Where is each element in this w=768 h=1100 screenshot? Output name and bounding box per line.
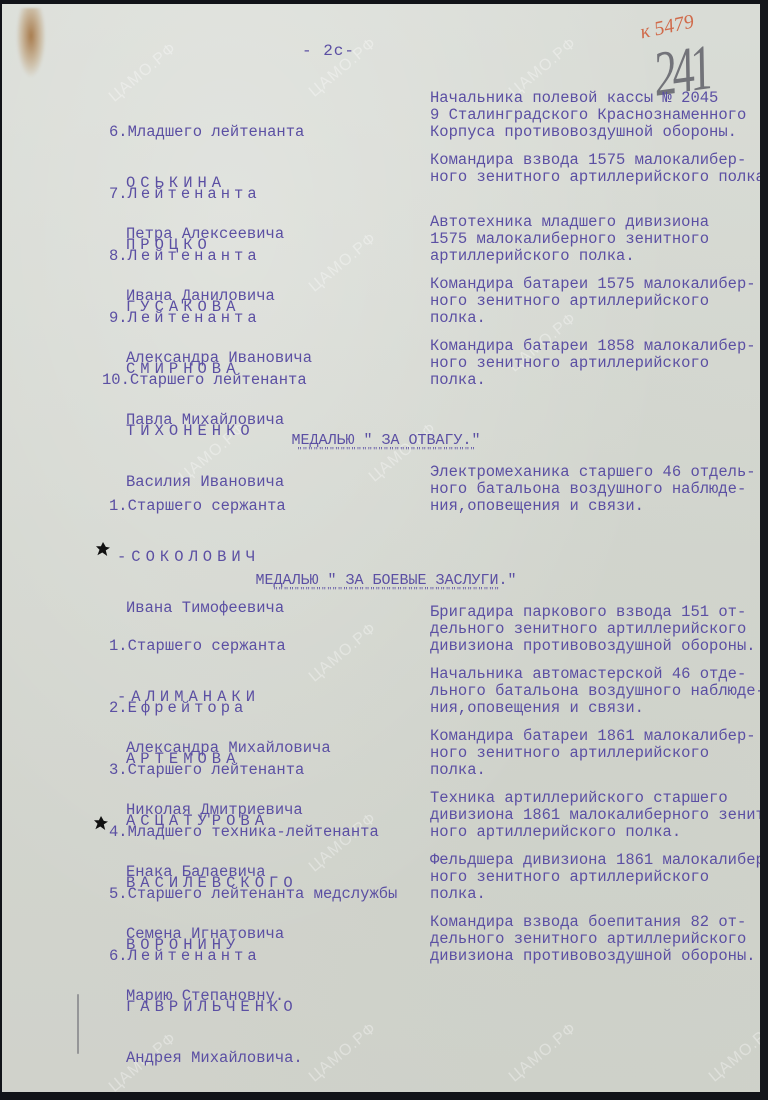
rust-stain xyxy=(16,8,46,78)
entry-rank: Лейтенанта xyxy=(128,247,261,265)
entry-surname: -СОКОЛОВИЧ xyxy=(109,549,286,566)
entry-number: 3. xyxy=(109,761,128,779)
entry-rank: Лейтенанта xyxy=(128,309,261,327)
entry-position: Электромеханика старшего 46 отдель- ного… xyxy=(430,464,760,515)
scan-edge xyxy=(760,0,768,1100)
entry-position: Командира взвода 1575 малокалибер- ного … xyxy=(430,152,760,186)
entry-position: Начальника полевой кассы № 2045 9 Сталин… xyxy=(430,90,760,141)
entry-position: Командира взвода боепитания 82 от- дельн… xyxy=(430,914,760,965)
entry-rank: Младшего техника-лейтенанта xyxy=(128,823,379,841)
entry-number: 6. xyxy=(109,947,128,965)
entry-number: 1. xyxy=(109,637,128,655)
entry-given-names: Андрея Михайловича. xyxy=(109,1050,303,1067)
section-heading: МЕДАЛЬЮ " ЗА БОЕВЫЕ ЗАСЛУГИ.""""""""""""… xyxy=(2,572,760,601)
entry-position: Командира батареи 1858 малокалибер- ного… xyxy=(430,338,760,389)
entry-number: 4. xyxy=(109,823,128,841)
entry-position: Фельдшера дивизиона 1861 малокалибер ног… xyxy=(430,852,760,903)
watermark: ЦАМО.РФ xyxy=(706,1020,760,1087)
entry-number: 5. xyxy=(109,885,128,903)
entry-rank: Старшего сержанта xyxy=(128,637,286,655)
entry-number: 1. xyxy=(109,497,128,515)
entry-position: Бригадира паркового взвода 151 от- дельн… xyxy=(430,604,760,655)
entry-number: 7. xyxy=(109,185,128,203)
entry-rank: Лейтенанта xyxy=(128,947,261,965)
punch-hole xyxy=(96,542,110,556)
section-heading: МЕДАЛЬЮ " ЗА ОТВАГУ.""""""""""""""""""""… xyxy=(2,432,760,461)
entry-position: Начальника автомастерской 46 отде- льног… xyxy=(430,666,760,717)
paper-crease xyxy=(77,994,79,1054)
entry-position: Командира батареи 1861 малокалибер- ного… xyxy=(430,728,760,779)
entry-number: 6. xyxy=(109,123,128,141)
entry-rank: Ефрейтора xyxy=(128,699,248,717)
watermark: ЦАМО.РФ xyxy=(506,1020,581,1087)
entry-number: 2. xyxy=(109,699,128,717)
watermark: ЦАМО.РФ xyxy=(306,230,381,297)
entry-position: Командира батареи 1575 малокалибер- ного… xyxy=(430,276,760,327)
entry-number: 9. xyxy=(109,309,128,327)
entry-rank: Старшего лейтенанта xyxy=(130,371,307,389)
entry-position: Техника артиллерийского старшего дивизио… xyxy=(430,790,760,841)
entry-number: 8. xyxy=(109,247,128,265)
entry-rank: Младшего лейтенанта xyxy=(128,123,305,141)
entry-number: 10. xyxy=(102,371,130,389)
entry-surname: ГАВРИЛЬЧЕНКО xyxy=(109,999,303,1016)
entry-rank: Старшего сержанта xyxy=(128,497,286,515)
entry-rank: Лейтенанта xyxy=(128,185,261,203)
entry-rank: Старшего лейтенанта медслужбы xyxy=(128,885,398,903)
page-number: - 2с- xyxy=(302,42,355,60)
entry-position: Автотехника младшего дивизиона 1575 мало… xyxy=(430,214,760,265)
document-page: ЦАМО.РФ ЦАМО.РФ ЦАМО.РФ ЦАМО.РФ ЦАМО.РФ … xyxy=(2,4,760,1092)
punch-hole xyxy=(94,816,108,830)
entry-rank: Старшего лейтенанта xyxy=(128,761,305,779)
